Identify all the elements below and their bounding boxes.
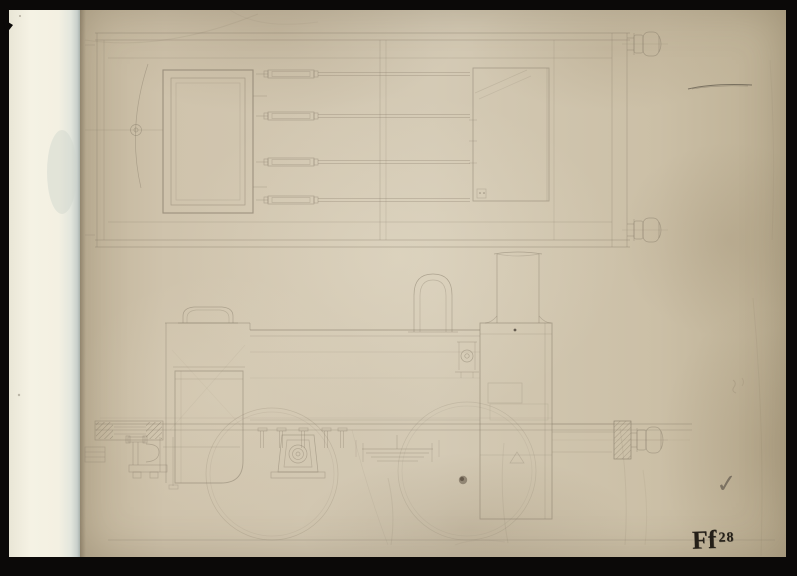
side-elevation	[85, 252, 775, 545]
paper-marks: ✓	[3, 10, 774, 556]
stamp-number: 28	[718, 530, 735, 546]
speck	[19, 15, 21, 17]
strip-smudge	[47, 130, 77, 214]
tear-notch	[3, 19, 13, 34]
crease	[753, 298, 762, 556]
chimney	[485, 252, 551, 323]
crease	[770, 60, 774, 240]
cab-roof-vent	[178, 307, 238, 323]
check-mark: ✓	[715, 468, 738, 499]
plan-frame	[95, 33, 630, 247]
pencil-squiggle	[742, 378, 744, 386]
speck	[18, 394, 20, 396]
plan-buffers	[622, 32, 668, 242]
pencil-squiggle	[733, 380, 736, 393]
safety-valve	[455, 342, 479, 378]
crease	[455, 540, 505, 545]
stamp-prefix: Ff	[691, 525, 717, 555]
crease	[85, 14, 258, 43]
leaf-spring	[356, 435, 439, 462]
plan-stay-rods	[256, 70, 470, 204]
drawgear-right	[552, 421, 690, 459]
plan-firebox	[163, 70, 267, 213]
crease	[230, 10, 318, 24]
ink-blot	[460, 477, 464, 481]
drawhook-assembly	[85, 436, 240, 489]
scanned-locomotive-drawing: ✓ Ff28	[0, 0, 797, 576]
steam-dome	[408, 274, 458, 332]
crease	[502, 443, 508, 543]
plan-smokebox	[469, 68, 549, 201]
feed-pump	[271, 435, 325, 478]
spring-hangers	[258, 428, 347, 448]
construction-curve	[352, 430, 388, 545]
locomotive-drawing-svg: ✓	[0, 0, 797, 576]
accession-stamp: Ff28	[692, 526, 733, 553]
boiler	[165, 323, 480, 420]
crease	[388, 478, 393, 545]
plan-view	[85, 32, 668, 247]
smokebox	[480, 323, 552, 519]
crease	[643, 470, 647, 545]
cab-firebox	[166, 323, 245, 483]
